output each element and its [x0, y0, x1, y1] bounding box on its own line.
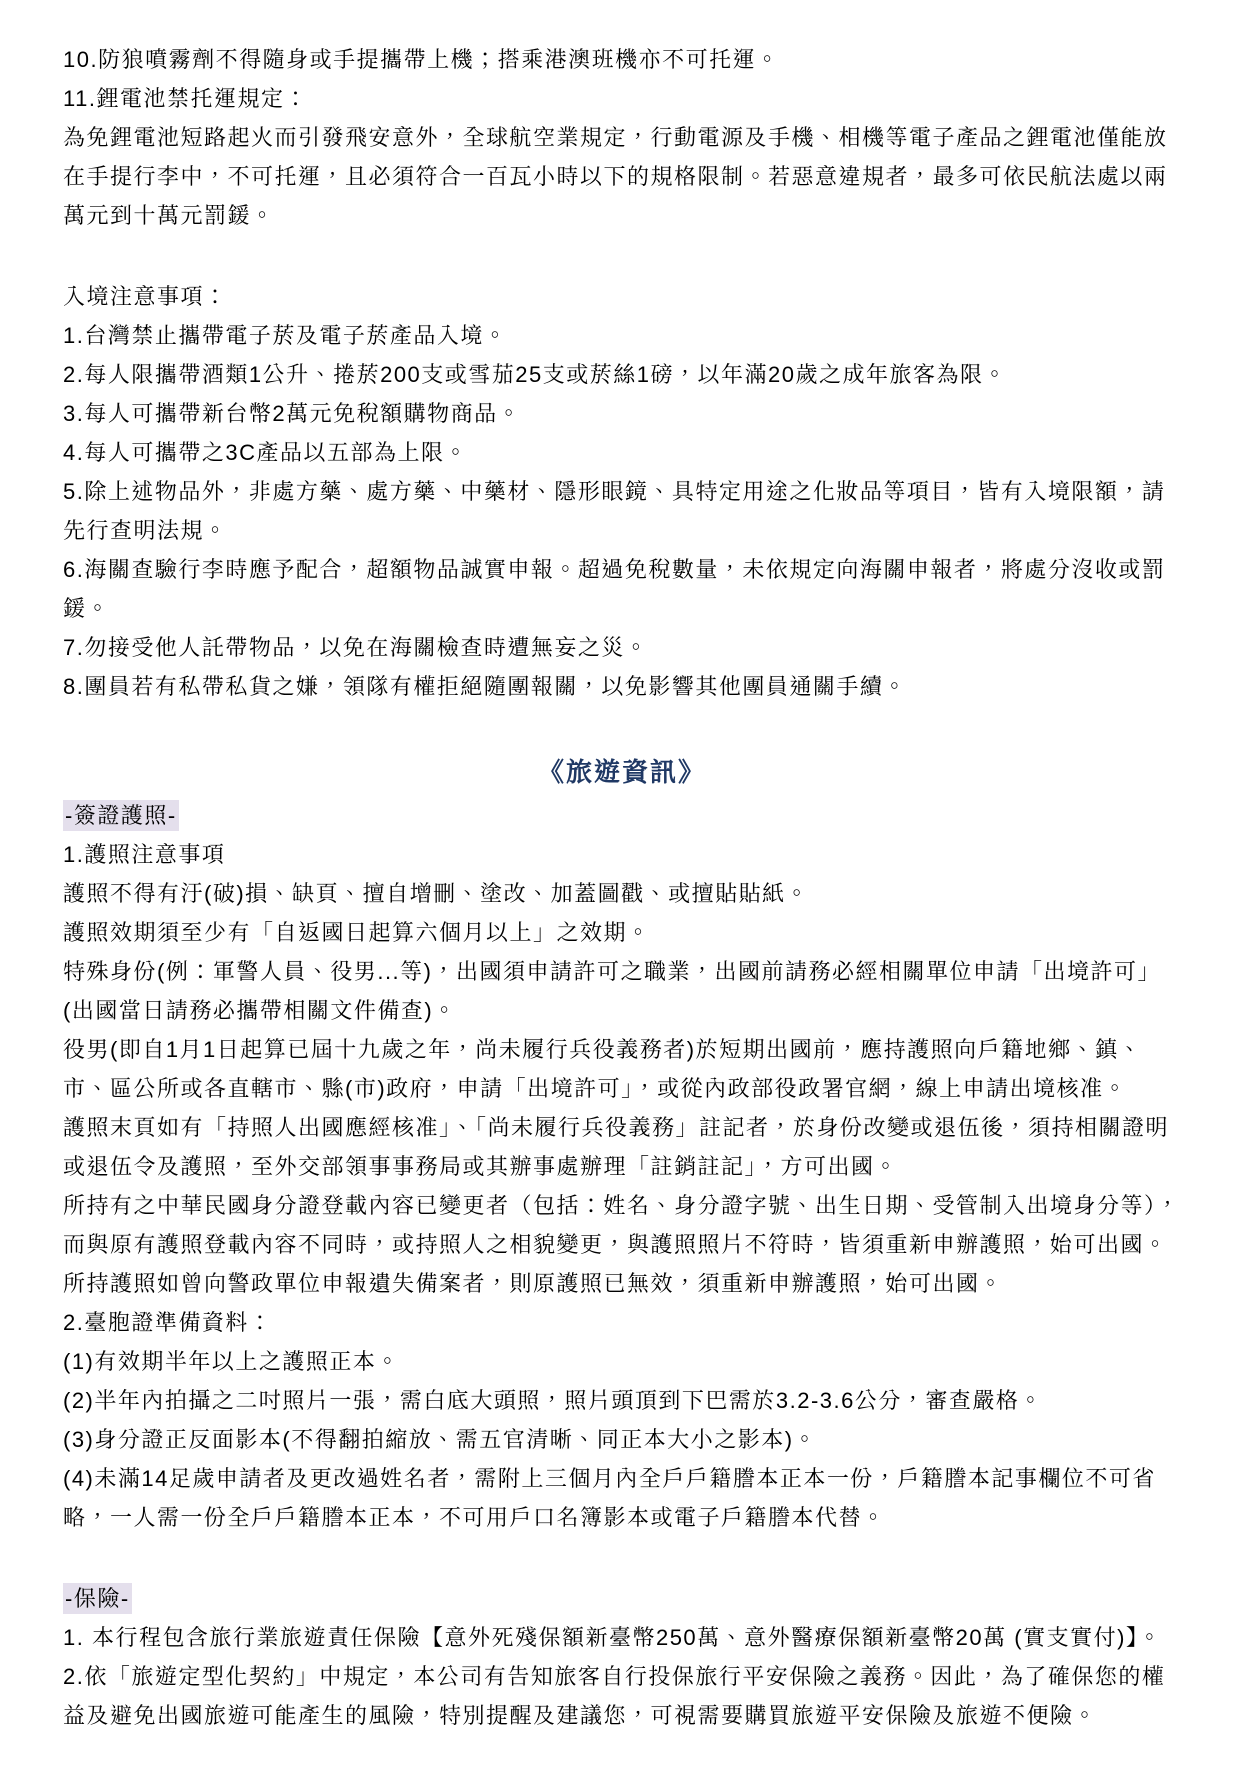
visa-passport-label-line: -簽證護照- [63, 796, 1181, 835]
visa-paragraph: (1)有效期半年以上之護照正本。 [63, 1342, 1181, 1381]
entry-note-item: 5.除上述物品外，非處方藥、處方藥、中藥材、隱形眼鏡、具特定用途之化妝品等項目，… [63, 472, 1181, 550]
visa-paragraph: (2)半年內拍攝之二吋照片一張，需白底大頭照，照片頭頂到下巴需於3.2-3.6公… [63, 1381, 1181, 1420]
entry-note-item: 3.每人可攜帶新台幣2萬元免稅額購物商品。 [63, 394, 1181, 433]
visa-paragraph: (4)未滿14足歲申請者及更改過姓名者，需附上三個月內全戶戶籍謄本正本一份，戶籍… [63, 1459, 1181, 1537]
visa-passport-label: -簽證護照- [63, 800, 179, 831]
insurance-label-line: -保險- [63, 1579, 1181, 1618]
travel-info-title: 《旅遊資訊》 [63, 748, 1181, 796]
blank-line [63, 1537, 1181, 1579]
visa-paragraph: (3)身分證正反面影本(不得翻拍縮放、需五官清晰、同正本大小之影本)。 [63, 1420, 1181, 1459]
visa-paragraph: 所持有之中華民國身分證登載內容已變更者（包括：姓名、身分證字號、出生日期、受管制… [63, 1186, 1181, 1264]
baggage-rule-item: 11.鋰電池禁托運規定： [63, 79, 1181, 118]
baggage-rule-item: 10.防狼噴霧劑不得隨身或手提攜帶上機；搭乘港澳班機亦不可托運。 [63, 40, 1181, 79]
visa-paragraph: 特殊身份(例：軍警人員、役男...等)，出國須申請許可之職業，出國前請務必經相關… [63, 952, 1181, 1030]
blank-line [63, 235, 1181, 277]
document-page: 10.防狼噴霧劑不得隨身或手提攜帶上機；搭乘港澳班機亦不可托運。 11.鋰電池禁… [0, 0, 1241, 1765]
visa-paragraph: 2.臺胞證準備資料： [63, 1303, 1181, 1342]
insurance-paragraph: 1. 本行程包含旅行業旅遊責任保險【意外死殘保額新臺幣250萬、意外醫療保額新臺… [63, 1618, 1181, 1657]
entry-notes-heading: 入境注意事項： [63, 277, 1181, 316]
entry-note-item: 7.勿接受他人託帶物品，以免在海關檢查時遭無妄之災。 [63, 628, 1181, 667]
visa-paragraph: 護照末頁如有「持照人出國應經核准」、「尚未履行兵役義務」註記者，於身份改變或退伍… [63, 1108, 1181, 1186]
baggage-rule-paragraph: 為免鋰電池短路起火而引發飛安意外，全球航空業規定，行動電源及手機、相機等電子產品… [63, 118, 1181, 235]
entry-note-item: 1.台灣禁止攜帶電子菸及電子菸產品入境。 [63, 316, 1181, 355]
visa-paragraph: 1.護照注意事項 [63, 835, 1181, 874]
visa-paragraph: 役男(即自1月1日起算已屆十九歲之年，尚未履行兵役義務者)於短期出國前，應持護照… [63, 1030, 1181, 1108]
entry-note-item: 8.團員若有私帶私貨之嫌，領隊有權拒絕隨團報關，以免影響其他團員通關手續。 [63, 667, 1181, 706]
visa-paragraph: 護照效期須至少有「自返國日起算六個月以上」之效期。 [63, 913, 1181, 952]
insurance-label: -保險- [63, 1583, 132, 1614]
visa-paragraph: 護照不得有汙(破)損、缺頁、擅自增刪、塗改、加蓋圖戳、或擅貼貼紙。 [63, 874, 1181, 913]
blank-line [63, 706, 1181, 748]
entry-note-item: 6.海關查驗行李時應予配合，超額物品誠實申報。超過免稅數量，未依規定向海關申報者… [63, 550, 1181, 628]
insurance-paragraph: 2.依「旅遊定型化契約」中規定，本公司有告知旅客自行投保旅行平安保險之義務。因此… [63, 1657, 1181, 1735]
entry-note-item: 2.每人限攜帶酒類1公升、捲菸200支或雪茄25支或菸絲1磅，以年滿20歲之成年… [63, 355, 1181, 394]
visa-paragraph: 所持護照如曾向警政單位申報遺失備案者，則原護照已無效，須重新申辦護照，始可出國。 [63, 1264, 1181, 1303]
entry-note-item: 4.每人可攜帶之3C產品以五部為上限。 [63, 433, 1181, 472]
